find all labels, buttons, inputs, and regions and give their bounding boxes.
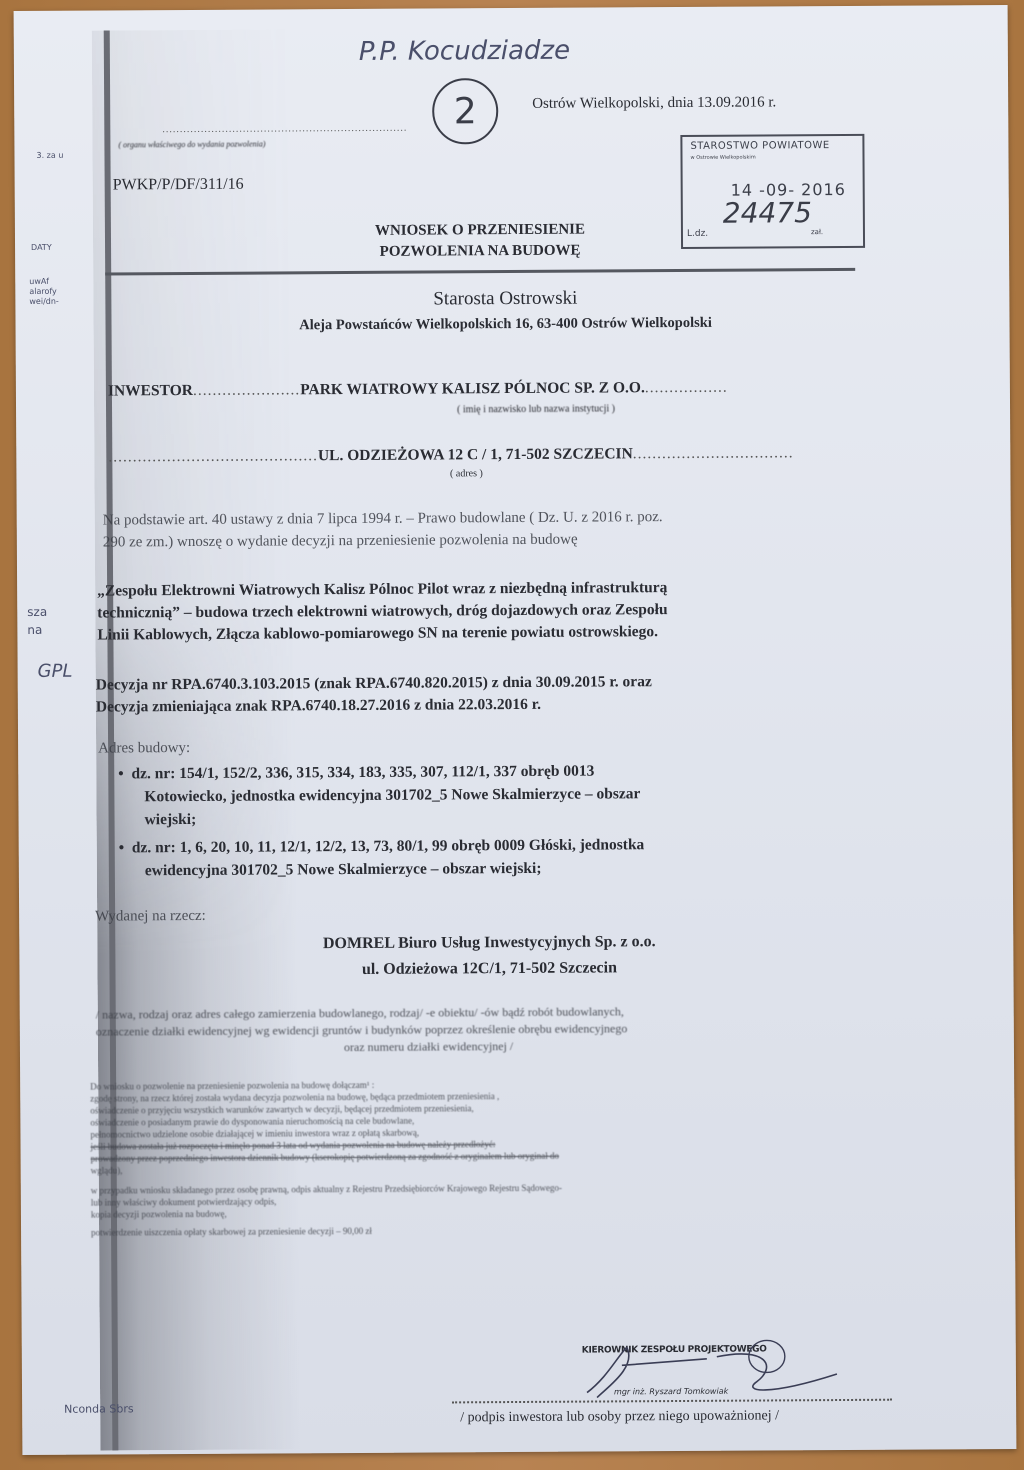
stamp-subheader: w Ostrowie Wielkopolskim — [690, 155, 755, 161]
legal-basis-line-1: Na podstawie art. 40 ustawy z dnia 7 lip… — [103, 507, 663, 530]
addressee-name: Starosta Ostrowski — [275, 287, 735, 312]
legal-basis-line-2: 290 ze zm.) wnoszę o wydanie decyzji na … — [103, 530, 578, 553]
circled-page-number: 2 — [432, 78, 498, 144]
investor-name: PARK WIATROWY KALISZ PÓLNOC SP. Z O.O. — [300, 379, 645, 398]
stamp-number: 24475 — [723, 196, 812, 230]
investor-address: UL. ODZIEŻOWA 12 C / 1, 71-502 SZCZECIN — [318, 445, 633, 464]
signature-icon — [567, 1336, 847, 1408]
attachments-list: Do wniosku o pozwolenie na przeniesienie… — [90, 1078, 562, 1239]
issued-for-address: ul. Odzieżowa 12C/1, 71-502 Szczecin — [169, 956, 809, 982]
stamp-header: STAROSTWO POWIATOWE — [690, 140, 829, 152]
margin-note-bottom: Nconda Sbrs — [64, 1402, 134, 1415]
issued-for-label: Wydanej na rzecz: — [95, 906, 206, 927]
site-item-2: • dz. nr: 1, 6, 20, 10, 11, 12/1, 12/2, … — [119, 833, 645, 882]
margin-note-sza-na: sza na — [27, 603, 47, 639]
decision-references: Decyzja nr RPA.6740.3.103.2015 (znak RPA… — [96, 671, 652, 718]
footnote: / nazwa, rodzaj oraz adres całego zamier… — [96, 1003, 628, 1057]
site-label: Adres budowy: — [98, 738, 190, 759]
margin-initials: GPL — [38, 661, 73, 682]
stamp-l-label: L.dz. — [687, 229, 708, 239]
stamp-zal-label: zał. — [811, 228, 823, 236]
document-title: WNIOSEK O PRZENIESIENIE POZWOLENIA NA BU… — [320, 219, 640, 263]
dotted-line: ........................................… — [162, 123, 407, 135]
signature-stamp-name: mgr inż. Ryszard Tomkowiak — [614, 1387, 728, 1397]
place-date: Ostrów Wielkopolski, dnia 13.09.2016 r. — [532, 92, 776, 113]
investor-row: INWESTOR......................PARK WIATR… — [108, 379, 728, 401]
reference-number: PWKP/P/DF/311/16 — [113, 176, 244, 195]
investor-address-caption: ( adres ) — [426, 468, 506, 479]
investor-address-row: ........................................… — [108, 444, 793, 466]
title-line-2: POZWOLENIA NA BUDOWĘ — [320, 240, 640, 263]
margin-note-uwagi: uwAf alarofy wei/dn- — [29, 277, 59, 307]
investor-name-caption: ( imię i nazwisko lub nazwa instytucji ) — [396, 403, 676, 416]
margin-note-top: 3. za u — [36, 151, 63, 160]
investor-label: INWESTOR — [108, 382, 193, 400]
margin-note-daty: DATY — [31, 243, 52, 252]
bullet-icon: • — [119, 839, 132, 856]
document-page: P.P. Kocudziadze 2 Ostrów Wielkopolski, … — [14, 5, 1017, 1455]
site-item-1: • dz. nr: 154/1, 152/2, 336, 315, 334, 1… — [118, 759, 640, 831]
signature-scribble — [567, 1336, 847, 1408]
addressee-address: Aleja Powstańców Wielkopolskich 16, 63-4… — [165, 314, 845, 335]
issued-for-name: DOMREL Biuro Usług Inwestycyjnych Sp. z … — [169, 930, 809, 956]
attachment-item: potwierdzenie uiszczenia opłaty skarbowe… — [91, 1224, 562, 1239]
bullet-icon: • — [118, 765, 131, 782]
handwritten-note: P.P. Kocudziadze — [359, 36, 570, 67]
title-line-1: WNIOSEK O PRZENIESIENIE — [320, 219, 640, 242]
signature-caption: / podpis inwestora lub osoby przez niego… — [460, 1408, 779, 1426]
registry-stamp: STAROSTWO POWIATOWE w Ostrowie Wielkopol… — [680, 134, 865, 249]
project-description: „Zespołu Elektrowni Wiatrowych Kalisz Pó… — [97, 577, 668, 646]
organ-caption: ( organu właściwego do wydania pozwoleni… — [118, 140, 265, 150]
